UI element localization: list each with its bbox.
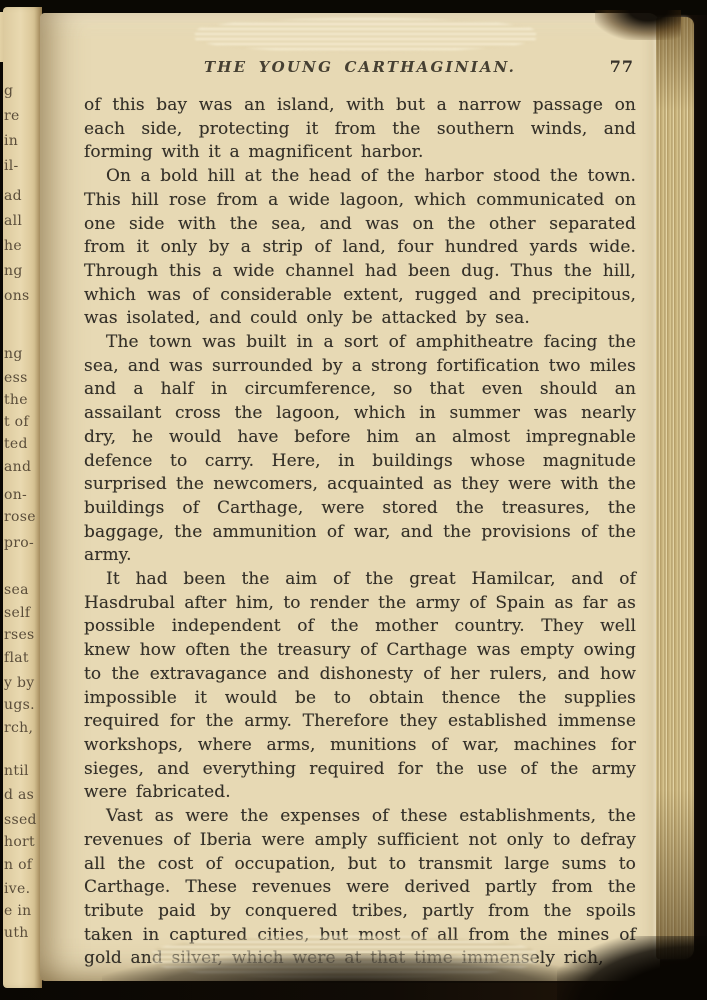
paragraph: On a bold hill at the head of the harbor…	[84, 165, 636, 331]
page-number: 77	[610, 57, 634, 77]
gutter-fragment: ted	[4, 436, 28, 452]
gutter-fragment: flat	[4, 650, 29, 666]
gutter-fragment: ive.	[4, 881, 30, 897]
gutter-fragment: g	[4, 83, 13, 99]
gutter-fragment: he	[4, 238, 22, 254]
header-title: THE YOUNG CARTHAGINIAN.	[204, 57, 516, 77]
paragraph: The town was built in a sort of amphithe…	[84, 331, 636, 568]
gutter-fragment: and	[4, 459, 31, 475]
gutter-fragment: hort	[4, 834, 35, 850]
top-right-corner-shadow	[595, 10, 681, 40]
gutter-fragments: greinil-adallhengonsngessthet oftedandon…	[3, 7, 37, 988]
gutter-fragment: d as	[4, 787, 34, 803]
fore-edge-page-stack	[656, 17, 694, 959]
gutter-fragment: ons	[4, 288, 30, 304]
gutter-fragment: y by	[4, 675, 34, 691]
paragraph: of this bay was an island, with but a na…	[84, 94, 636, 165]
bottom-page-shadow	[102, 953, 598, 983]
gutter-fragment: ugs.	[4, 697, 35, 713]
bottom-right-corner-shadow	[557, 936, 707, 1000]
gutter-fragment: ad	[4, 188, 22, 204]
gutter-fragment: re	[4, 108, 20, 124]
gutter-fragment: e in	[4, 903, 31, 919]
page-content: THE YOUNG CARTHAGINIAN. 77 of this bay w…	[40, 13, 660, 971]
gutter-fragment: ng	[4, 346, 23, 362]
running-header: THE YOUNG CARTHAGINIAN. 77	[84, 57, 636, 77]
gutter-fragment: rses	[4, 627, 35, 643]
gutter-fragment: ng	[4, 263, 23, 279]
gutter-fragment: on-	[4, 487, 27, 503]
gutter-fragment: in	[4, 133, 18, 149]
gutter-fragment: self	[4, 605, 30, 621]
gutter-fragment: n of	[4, 857, 32, 873]
paragraph: It had been the aim of the great Hamilca…	[84, 568, 636, 805]
gutter-fragment: all	[4, 213, 22, 229]
gutter-fragment: the	[4, 392, 28, 408]
previous-page-edge: greinil-adallhengonsngessthet oftedandon…	[3, 7, 42, 988]
scanned-book-photo: greinil-adallhengonsngessthet oftedandon…	[0, 0, 707, 1000]
gutter-fragment: il-	[4, 158, 19, 174]
gutter-fragment: sea	[4, 582, 29, 598]
gutter-fragment: pro-	[4, 535, 34, 551]
gutter-fragment: ess	[4, 370, 28, 386]
gutter-fragment: t of	[4, 414, 29, 430]
page-body: of this bay was an island, with but a na…	[84, 94, 636, 971]
gutter-fragment: ssed	[4, 812, 37, 828]
book-page: THE YOUNG CARTHAGINIAN. 77 of this bay w…	[40, 13, 660, 981]
gutter-fragment: uth	[4, 925, 29, 941]
gutter-fragment: rch,	[4, 720, 33, 736]
gutter-fragment: ntil	[4, 763, 29, 779]
gutter-fragment: rose	[4, 509, 36, 525]
